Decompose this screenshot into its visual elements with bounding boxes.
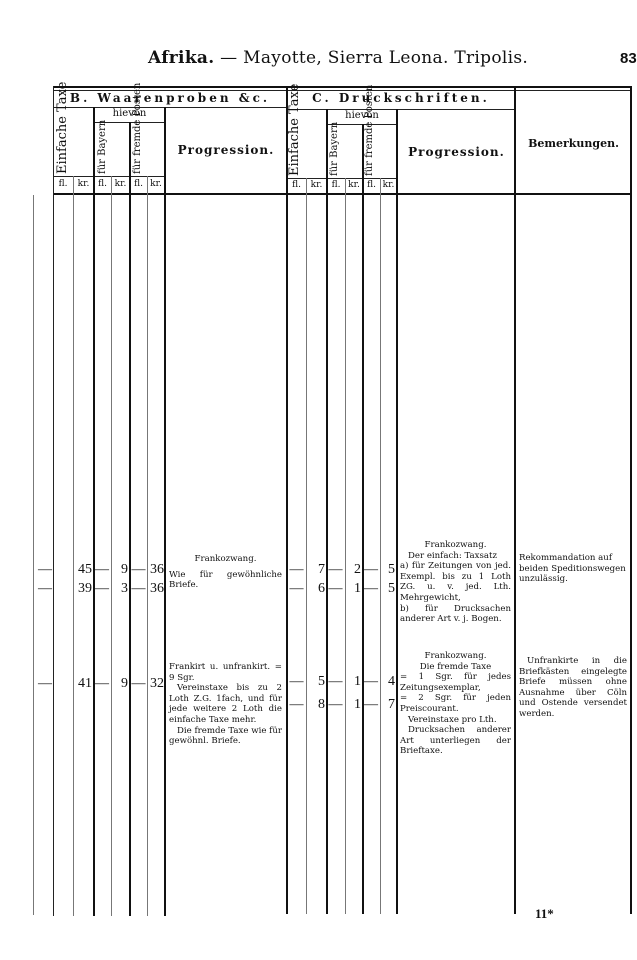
fr-fl-value: — [363, 697, 379, 713]
section-c-progression-note: Frankozwang. Die fremde Taxe = 1 Sgr. fü… [400, 651, 511, 757]
unit-label: fl. [363, 180, 380, 190]
page-title: Afrika. — Mayotte, Sierra Leona. Tripoli… [148, 48, 528, 68]
section-b-title: B. Waarenproben &c. [53, 91, 287, 105]
bay-kr-value: 3 [111, 581, 128, 597]
bay-fl-value: — [327, 562, 344, 578]
note-text: Die fremde Taxe wie für gewöhnl. Briefe. [169, 726, 282, 747]
unit-label: fl. [327, 180, 345, 190]
note-text: Drucksachen anderer Art unterliegen der … [400, 725, 511, 757]
kr-value: 5 [306, 674, 325, 690]
fl-value: — [287, 562, 306, 578]
col-rule [362, 124, 364, 914]
kr-value: 7 [306, 562, 325, 578]
section-c-hievon-header: hievon [327, 110, 397, 121]
section-c-title-rule [287, 109, 515, 110]
title-countries: — Mayotte, Sierra Leona. Tripolis. [214, 48, 528, 68]
section-b-progression-note: Frankozwang. Wie für gewöhnliche Briefe. [169, 554, 282, 591]
bay-kr-value: 1 [345, 581, 361, 597]
note-heading: Frankozwang. [169, 554, 282, 565]
unit-label: fl. [130, 179, 147, 189]
section-b-title-rule [53, 107, 287, 108]
fr-fl-value: — [363, 674, 379, 690]
bay-kr-value: 9 [111, 676, 128, 692]
section-b-hievon-header: hievon [94, 108, 165, 119]
bay-fl-value: — [94, 562, 110, 578]
col-rule [129, 122, 131, 916]
fl-value: — [36, 676, 54, 692]
unit-label: fl. [287, 180, 306, 190]
bay-fl-value: — [327, 697, 344, 713]
col-rule [73, 176, 74, 916]
kr-value: 6 [306, 581, 325, 597]
kr-value: 8 [306, 697, 325, 713]
col-rule [93, 107, 95, 916]
note-heading: Frankozwang. [400, 651, 511, 662]
remark: Unfrankirte in die Briefkästen eingelegt… [519, 656, 627, 720]
col-rule [326, 109, 328, 914]
fr-fl-value: — [363, 562, 379, 578]
bay-fl-value: — [94, 676, 110, 692]
unit-label: kr. [147, 179, 165, 189]
bay-kr-value: 1 [345, 674, 361, 690]
fr-fl-value: — [130, 581, 147, 597]
fr-fl-value: — [130, 562, 147, 578]
col-rule [53, 86, 54, 916]
fl-value: — [287, 674, 306, 690]
fr-kr-value: 4 [380, 674, 395, 690]
section-divider [286, 86, 288, 914]
page-number: 83 [620, 50, 637, 67]
col-rule [147, 176, 148, 916]
col-rule [111, 176, 112, 916]
margin-rule [33, 195, 34, 915]
fl-value: — [36, 581, 54, 597]
note-heading: Frankozwang. [400, 540, 511, 551]
col-rule [306, 178, 307, 914]
fl-value: — [287, 581, 306, 597]
fr-fl-value: — [363, 581, 379, 597]
section-c-einfache-taxe-header: Einfache Taxe [288, 112, 326, 176]
fr-kr-value: 7 [380, 697, 395, 713]
note-text: Wie für gewöhnliche Briefe. [169, 570, 282, 591]
fl-value: — [36, 562, 54, 578]
note-text: = 1 Sgr. für jedes Zeitungsexemplar, [400, 672, 511, 693]
unit-label: kr. [380, 180, 397, 190]
note-text: Vereinstaxe bis zu 2 Loth Z.G. 1fach, un… [169, 683, 282, 725]
unit-label: kr. [73, 179, 94, 189]
bay-fl-value: — [94, 581, 110, 597]
kr-value: 41 [73, 676, 92, 692]
col-rule [380, 178, 381, 914]
bay-fl-value: — [327, 674, 344, 690]
section-b-bayern-header: für Bayern [97, 124, 129, 174]
unit-label: kr. [345, 180, 363, 190]
note-text: a) für Zeitungen von jed. Exempl. bis zu… [400, 561, 511, 603]
col-rule [164, 107, 166, 916]
bay-fl-value: — [327, 581, 344, 597]
bemerkungen-header: Bemerkungen. [517, 137, 630, 150]
section-b-progression-header: Progression. [166, 143, 286, 157]
page-header: Afrika. — Mayotte, Sierra Leona. Tripoli… [0, 48, 637, 72]
signature-mark: 11* [535, 906, 554, 922]
note-text: Der einfach: Taxsatz [400, 551, 511, 562]
fr-kr-value: 5 [380, 581, 395, 597]
header-bottom-rule [53, 193, 631, 195]
note-text: Die fremde Taxe [400, 662, 511, 673]
bay-kr-value: 2 [345, 562, 361, 578]
section-b-fremde-header: für fremde Posten [132, 124, 164, 174]
col-rule [514, 86, 516, 914]
fr-kr-value: 36 [147, 562, 164, 578]
fr-fl-value: — [130, 676, 147, 692]
note-text: Vereinstaxe pro Lth. [400, 715, 511, 726]
section-c-title: C. Druckschriften. [287, 91, 515, 105]
fr-kr-value: 36 [147, 581, 164, 597]
unit-label: kr. [111, 179, 130, 189]
section-c-fremde-header: für fremde Posten [364, 126, 396, 176]
note-text: = 2 Sgr. für jeden Preiscourant. [400, 693, 511, 714]
right-border [630, 86, 632, 914]
unit-label: kr. [306, 180, 327, 190]
fr-kr-value: 5 [380, 562, 395, 578]
section-b-progression-note: Frankirt u. unfrankirt. = 9 Sgr. Vereins… [169, 662, 282, 747]
fr-kr-value: 32 [147, 676, 164, 692]
kr-value: 39 [73, 581, 92, 597]
remark: Rekommandation auf beiden Speditionswege… [519, 553, 627, 585]
title-continent: Afrika. [148, 48, 214, 68]
note-text: Frankirt u. unfrankirt. = 9 Sgr. [169, 662, 282, 683]
section-b-units-rule [53, 176, 165, 177]
col-rule [345, 178, 346, 914]
unit-label: fl. [94, 179, 111, 189]
section-c-progression-note: Frankozwang. Der einfach: Taxsatz a) für… [400, 540, 511, 625]
bay-kr-value: 1 [345, 697, 361, 713]
section-b-einfache-taxe-header: Einfache Taxe [56, 110, 94, 174]
unit-label: fl. [53, 179, 73, 189]
bay-kr-value: 9 [111, 562, 128, 578]
fl-value: — [287, 697, 306, 713]
kr-value: 45 [73, 562, 92, 578]
note-text: b) für Drucksachen anderer Art v. j. Bog… [400, 604, 511, 625]
section-c-bayern-header: für Bayern [329, 126, 361, 176]
col-rule [396, 109, 398, 914]
section-c-progression-header: Progression. [398, 145, 515, 159]
